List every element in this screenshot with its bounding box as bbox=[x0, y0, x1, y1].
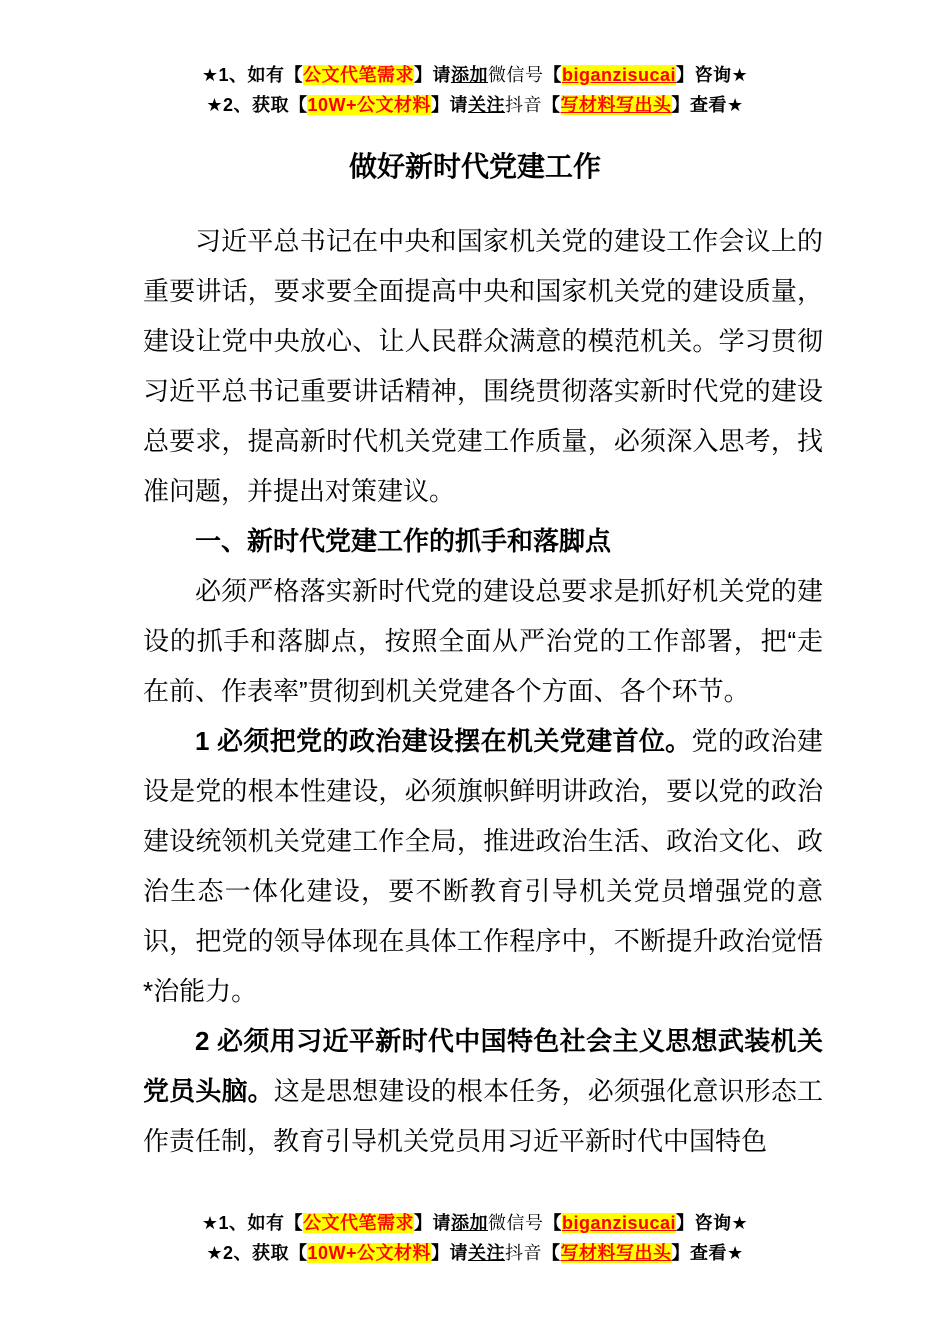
banner2-bracket: 【 bbox=[542, 1243, 561, 1263]
banner1-suffix: 】咨询★ bbox=[676, 65, 748, 85]
point-1-lead: 1 必须把党的政治建设摆在机关党建首位。 bbox=[195, 726, 692, 756]
document-body: 习近平总书记在中央和国家机关党的建设工作会议上的重要讲话，要求要全面提高中央和国… bbox=[143, 216, 823, 1166]
banner2-highlight-materials: 10W+公文材料 bbox=[307, 1243, 431, 1263]
document-page: ★1、如有【公文代笔需求】请添加微信号【biganzisucai】咨询★ ★2、… bbox=[0, 0, 950, 1344]
banner1-prefix: ★1、如有【 bbox=[202, 1213, 303, 1233]
paragraph-section-lead: 必须严格落实新时代党的建设总要求是抓好机关党的建设的抓手和落脚点，按照全面从严治… bbox=[143, 566, 823, 716]
banner1-mid: 】请 bbox=[414, 65, 451, 85]
banner2-mid: 】请 bbox=[431, 1243, 468, 1263]
banner2-prefix: ★2、获取【 bbox=[206, 95, 307, 115]
banner1-wechat-label: 微信号 bbox=[488, 1213, 544, 1233]
banner1-add-action: 添加 bbox=[451, 1213, 488, 1233]
document-title: 做好新时代党建工作 bbox=[0, 149, 950, 185]
footer-banner: ★1、如有【公文代笔需求】请添加微信号【biganzisucai】咨询★ ★2、… bbox=[0, 1208, 950, 1268]
banner2-douyin-id: 写材料写出头 bbox=[561, 95, 672, 115]
paragraph-point-2: 2 必须用习近平新时代中国特色社会主义思想武装机关党员头脑。这是思想建设的根本任… bbox=[143, 1016, 823, 1166]
banner2-highlight-materials: 10W+公文材料 bbox=[307, 95, 431, 115]
point-1-text: 党的政治建设是党的根本性建设，必须旗帜鲜明讲政治，要以党的政治建设统领机关党建工… bbox=[143, 726, 823, 1006]
banner2-follow-action: 关注 bbox=[468, 95, 505, 115]
banner2-prefix: ★2、获取【 bbox=[206, 1243, 307, 1263]
banner1-add-action: 添加 bbox=[451, 65, 488, 85]
banner1-prefix: ★1、如有【 bbox=[202, 65, 303, 85]
banner1-highlight-service: 公文代笔需求 bbox=[303, 1213, 414, 1233]
banner1-bracket: 【 bbox=[543, 1213, 562, 1233]
paragraph-point-1: 1 必须把党的政治建设摆在机关党建首位。党的政治建设是党的根本性建设，必须旗帜鲜… bbox=[143, 716, 823, 1016]
footer-banner-line-1: ★1、如有【公文代笔需求】请添加微信号【biganzisucai】咨询★ bbox=[0, 1208, 950, 1238]
section-heading-1: 一、新时代党建工作的抓手和落脚点 bbox=[143, 516, 823, 566]
paragraph-intro: 习近平总书记在中央和国家机关党的建设工作会议上的重要讲话，要求要全面提高中央和国… bbox=[143, 216, 823, 516]
banner2-douyin-label: 抖音 bbox=[505, 1243, 542, 1263]
banner1-wechat-id: biganzisucai bbox=[562, 1213, 676, 1233]
header-banner: ★1、如有【公文代笔需求】请添加微信号【biganzisucai】咨询★ ★2、… bbox=[0, 60, 950, 120]
banner1-mid: 】请 bbox=[414, 1213, 451, 1233]
banner2-douyin-label: 抖音 bbox=[505, 95, 542, 115]
footer-banner-line-2: ★2、获取【10W+公文材料】请关注抖音【写材料写出头】查看★ bbox=[0, 1238, 950, 1268]
banner1-wechat-label: 微信号 bbox=[488, 65, 544, 85]
banner1-wechat-id: biganzisucai bbox=[562, 65, 676, 85]
banner2-douyin-id: 写材料写出头 bbox=[561, 1243, 672, 1263]
banner2-mid: 】请 bbox=[431, 95, 468, 115]
banner1-bracket: 【 bbox=[543, 65, 562, 85]
banner2-suffix: 】查看★ bbox=[672, 1243, 744, 1263]
header-banner-line-2: ★2、获取【10W+公文材料】请关注抖音【写材料写出头】查看★ bbox=[0, 90, 950, 120]
banner2-suffix: 】查看★ bbox=[672, 95, 744, 115]
banner2-follow-action: 关注 bbox=[468, 1243, 505, 1263]
banner1-highlight-service: 公文代笔需求 bbox=[303, 65, 414, 85]
header-banner-line-1: ★1、如有【公文代笔需求】请添加微信号【biganzisucai】咨询★ bbox=[0, 60, 950, 90]
banner2-bracket: 【 bbox=[542, 95, 561, 115]
banner1-suffix: 】咨询★ bbox=[676, 1213, 748, 1233]
